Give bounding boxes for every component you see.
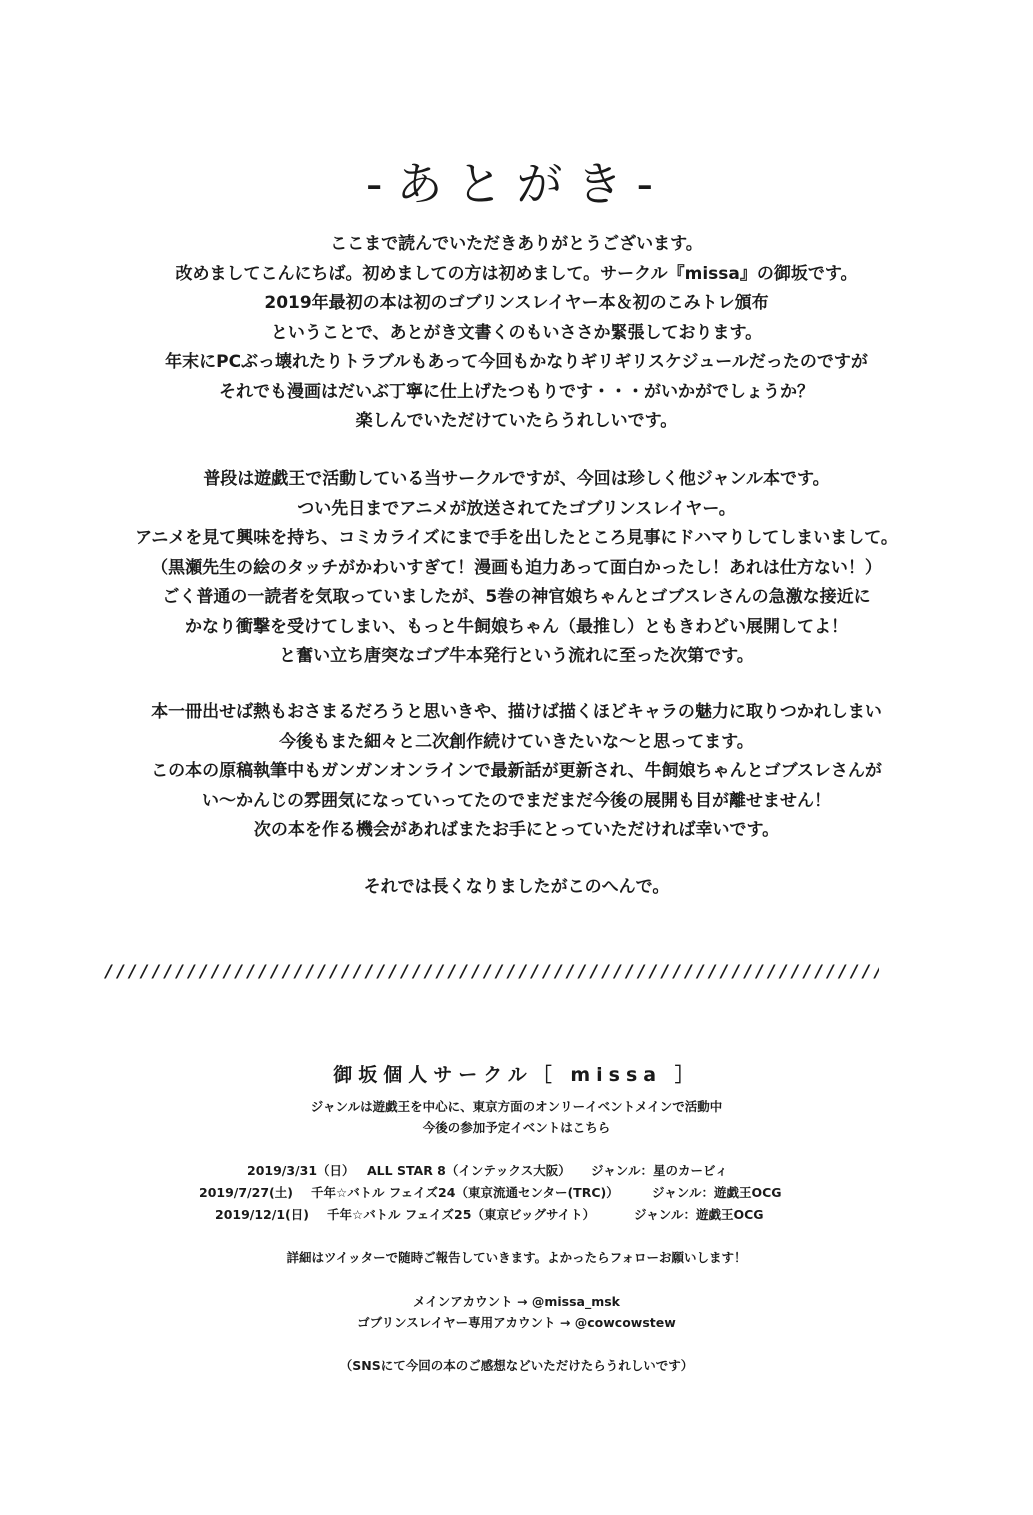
page-title: -あとがき- (0, 148, 1033, 214)
text-line: と奮い立ち唐突なゴブ牛本発行という流れに至った次第です。 (0, 642, 1033, 672)
account-goblin-slayer: ゴブリンスレイヤー専用アカウント → @cowcowstew (0, 1313, 1033, 1331)
circle-name: 御坂個人サークル［ missa ］ (0, 1060, 1033, 1087)
paragraph-greeting: ここまで読んでいただきありがとうございます。 改めましてこんにちば。初めましての… (0, 230, 1033, 437)
text-line: ごく普通の一読者を気取っていましたが、5巻の神官娘ちゃんとゴブスレさんの急激な接… (0, 583, 1033, 613)
account-label: メインアカウント (413, 1294, 513, 1309)
text-line: それでも漫画はだいぶ丁寧に仕上げたつもりです・・・がいかがでしょうか？ (0, 378, 1033, 408)
account-handle: @cowcowstew (575, 1315, 676, 1330)
arrow-icon: → (517, 1294, 527, 1309)
paragraph-future: 本一冊出せば熱もおさまるだろうと思いきや、描けば描くほどキャラの魅力に取りつかれ… (0, 698, 1033, 846)
text-line: 改めましてこんにちば。初めましての方は初めまして。サークル『missa』の御坂で… (0, 260, 1033, 290)
text-line: それでは長くなりましたがこのへんで。 (0, 873, 1033, 903)
closing-note: （SNSにて今回の本のご感想などいただけたらうれしいです） (0, 1356, 1033, 1374)
account-main: メインアカウント → @missa_msk (0, 1292, 1033, 1310)
text-line: 楽しんでいただけていたらうれしいです。 (0, 407, 1033, 437)
paragraph-background: 普段は遊戯王で活動している当サークルですが、今回は珍しく他ジャンル本です。 つい… (0, 465, 1033, 672)
text-line: 2019年最初の本は初のゴブリンスレイヤー本＆初のこみトレ頒布 (0, 289, 1033, 319)
twitter-note: 詳細はツイッターで随時ご報告していきます。よかったらフォローお願いします！ (0, 1248, 1033, 1266)
text-line: ここまで読んでいただきありがとうございます。 (0, 230, 1033, 260)
text-line: アニメを見て興味を持ち、コミカライズにまで手を出したところ見事にドハマりしてしま… (0, 524, 1033, 554)
text-line: ということで、あとがき文書くのもいささか緊張しております。 (0, 319, 1033, 349)
event-genre: ジャンル：遊戯王OCG (634, 1205, 764, 1223)
text-line: 普段は遊戯王で活動している当サークルですが、今回は珍しく他ジャンル本です。 (0, 465, 1033, 495)
event-date: 2019/3/31（日） (247, 1161, 355, 1179)
text-line: 次の本を作る機会があればまたお手にとっていただければ幸いです。 (0, 816, 1033, 846)
text-line: つい先日までアニメが放送されてたゴブリンスレイヤー。 (0, 495, 1033, 525)
event-name: 千年☆バトル フェイズ25（東京ビッグサイト） (327, 1205, 595, 1223)
event-date: 2019/12/1(日) (215, 1205, 309, 1223)
event-date: 2019/7/27(土) (199, 1183, 293, 1201)
arrow-icon: → (560, 1315, 570, 1330)
paragraph-closing: それでは長くなりましたがこのへんで。 (0, 873, 1033, 903)
account-handle: @missa_msk (532, 1294, 620, 1309)
event-genre: ジャンル：星のカービィ (591, 1161, 728, 1179)
text-line: 本一冊出せば熱もおさまるだろうと思いきや、描けば描くほどキャラの魅力に取りつかれ… (0, 698, 1033, 728)
circle-description: ジャンルは遊戯王を中心に、東京方面のオンリーイベントメインで活動中 (0, 1097, 1033, 1115)
slash-divider: ////////////////////////////////////////… (104, 962, 879, 982)
events-heading: 今後の参加予定イベントはこちら (0, 1118, 1033, 1136)
event-genre: ジャンル：遊戯王OCG (652, 1183, 782, 1201)
text-line: 今後もまた細々と二次創作続けていきたいな～と思ってます。 (0, 728, 1033, 758)
event-name: 千年☆バトル フェイズ24（東京流通センター(TRC)） (311, 1183, 619, 1201)
text-line: この本の原稿執筆中もガンガンオンラインで最新話が更新され、牛飼娘ちゃんとゴブスレ… (0, 757, 1033, 787)
event-name: ALL STAR 8（インテックス大阪） (367, 1161, 571, 1179)
text-line: い～かんじの雰囲気になっていってたのでまだまだ今後の展開も目が離せません！ (0, 787, 1033, 817)
text-line: 年末にPCぶっ壊れたりトラブルもあって今回もかなりギリギリスケジュールだったので… (0, 348, 1033, 378)
text-line: かなり衝撃を受けてしまい、もっと牛飼娘ちゃん（最推し）ともきわどい展開してよ！ (0, 613, 1033, 643)
account-label: ゴブリンスレイヤー専用アカウント (357, 1315, 555, 1330)
text-line: （黒瀬先生の絵のタッチがかわいすぎて！漫画も迫力あって面白かったし！あれは仕方な… (0, 554, 1033, 584)
